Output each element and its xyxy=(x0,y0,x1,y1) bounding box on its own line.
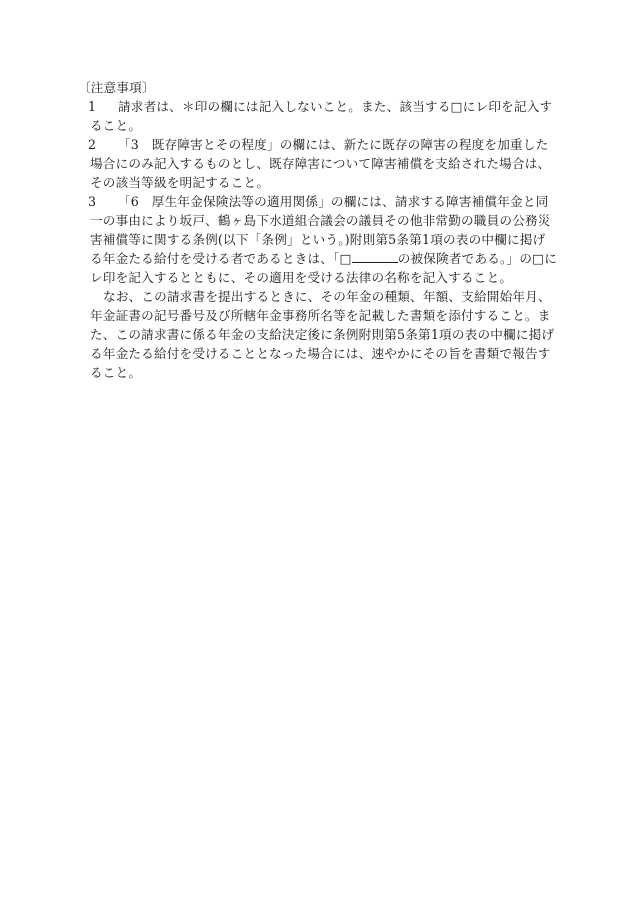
note-number: 2 xyxy=(88,135,102,154)
note-3-continuation: なお、この請求書を提出するときに、その年金の種類、年額、支給開始年月、年金証書の… xyxy=(78,287,558,382)
note-text: 「6 厚生年金保険法等の適用関係」の欄には、請求する障害補償年金と同一の事由によ… xyxy=(90,192,558,287)
notes-page: 〔注意事項〕 1 請求者は、＊印の欄には記入しないこと。また、該当する□にレ印を… xyxy=(78,78,558,382)
note-text: 請求者は、＊印の欄には記入しないこと。また、該当する□にレ印を記入すること。 xyxy=(90,97,558,135)
note-item-1: 1 請求者は、＊印の欄には記入しないこと。また、該当する□にレ印を記入すること。 xyxy=(78,97,558,135)
note-text: 「3 既存障害とその程度」の欄には、新たに既存の障害の程度を加重した場合にのみ記… xyxy=(90,135,558,192)
note-item-3: 3 「6 厚生年金保険法等の適用関係」の欄には、請求する障害補償年金と同一の事由… xyxy=(78,192,558,287)
note-number: 1 xyxy=(88,97,102,116)
blank-underline xyxy=(352,251,398,263)
note-number: 3 xyxy=(88,192,102,211)
note-item-2: 2 「3 既存障害とその程度」の欄には、新たに既存の障害の程度を加重した場合にの… xyxy=(78,135,558,192)
notes-heading: 〔注意事項〕 xyxy=(78,78,558,97)
